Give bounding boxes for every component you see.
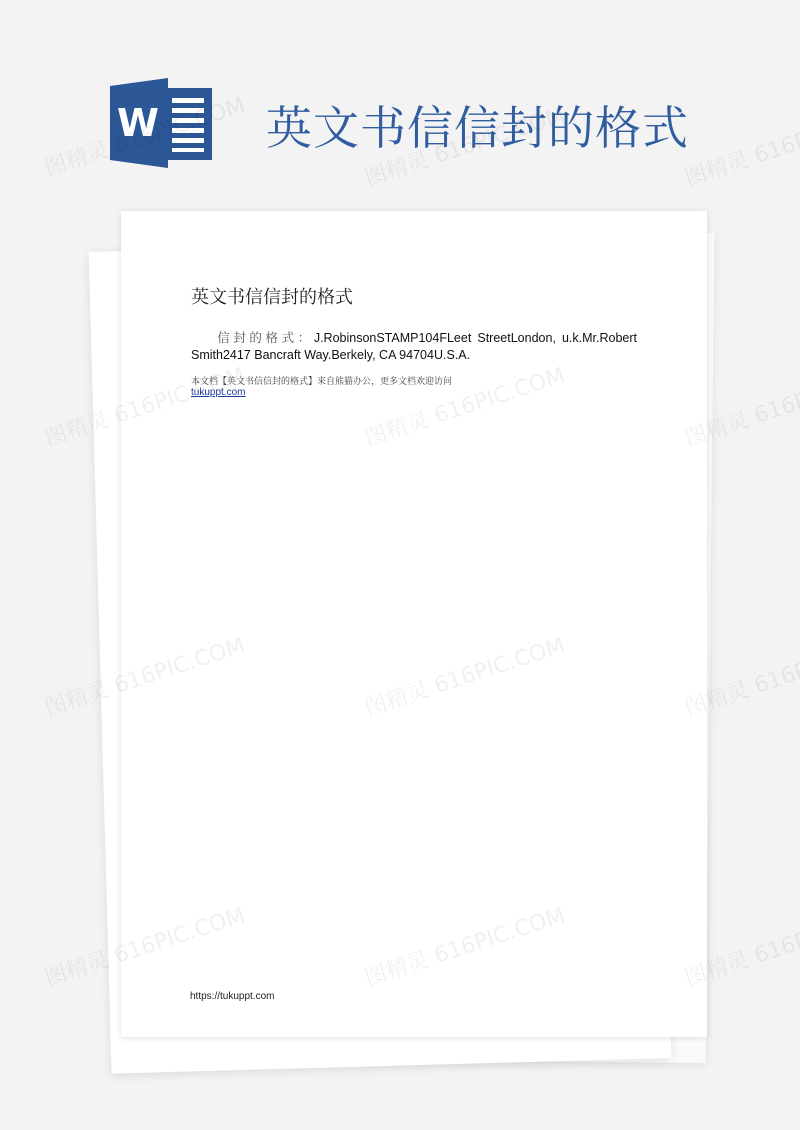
document-page: 英文书信信封的格式 信封的格式：J.RobinsonSTAMP104FLeet … — [121, 211, 707, 1037]
source-link[interactable]: tukuppt.com — [191, 387, 245, 398]
word-document-icon: W — [110, 78, 214, 168]
source-note: 本文档【英文书信信封的格式】来自熊猫办公，更多文档欢迎访问 — [191, 374, 452, 387]
header-title: 英文书信信封的格式 — [266, 92, 689, 158]
footer-url: https://tukuppt.com — [190, 991, 275, 1002]
document-title: 英文书信信封的格式 — [191, 283, 353, 309]
body-label: 信封的格式： — [217, 330, 314, 345]
svg-text:W: W — [117, 101, 159, 145]
document-body: 信封的格式：J.RobinsonSTAMP104FLeet StreetLond… — [191, 329, 637, 364]
header: W 英文书信信封的格式 — [110, 78, 710, 168]
